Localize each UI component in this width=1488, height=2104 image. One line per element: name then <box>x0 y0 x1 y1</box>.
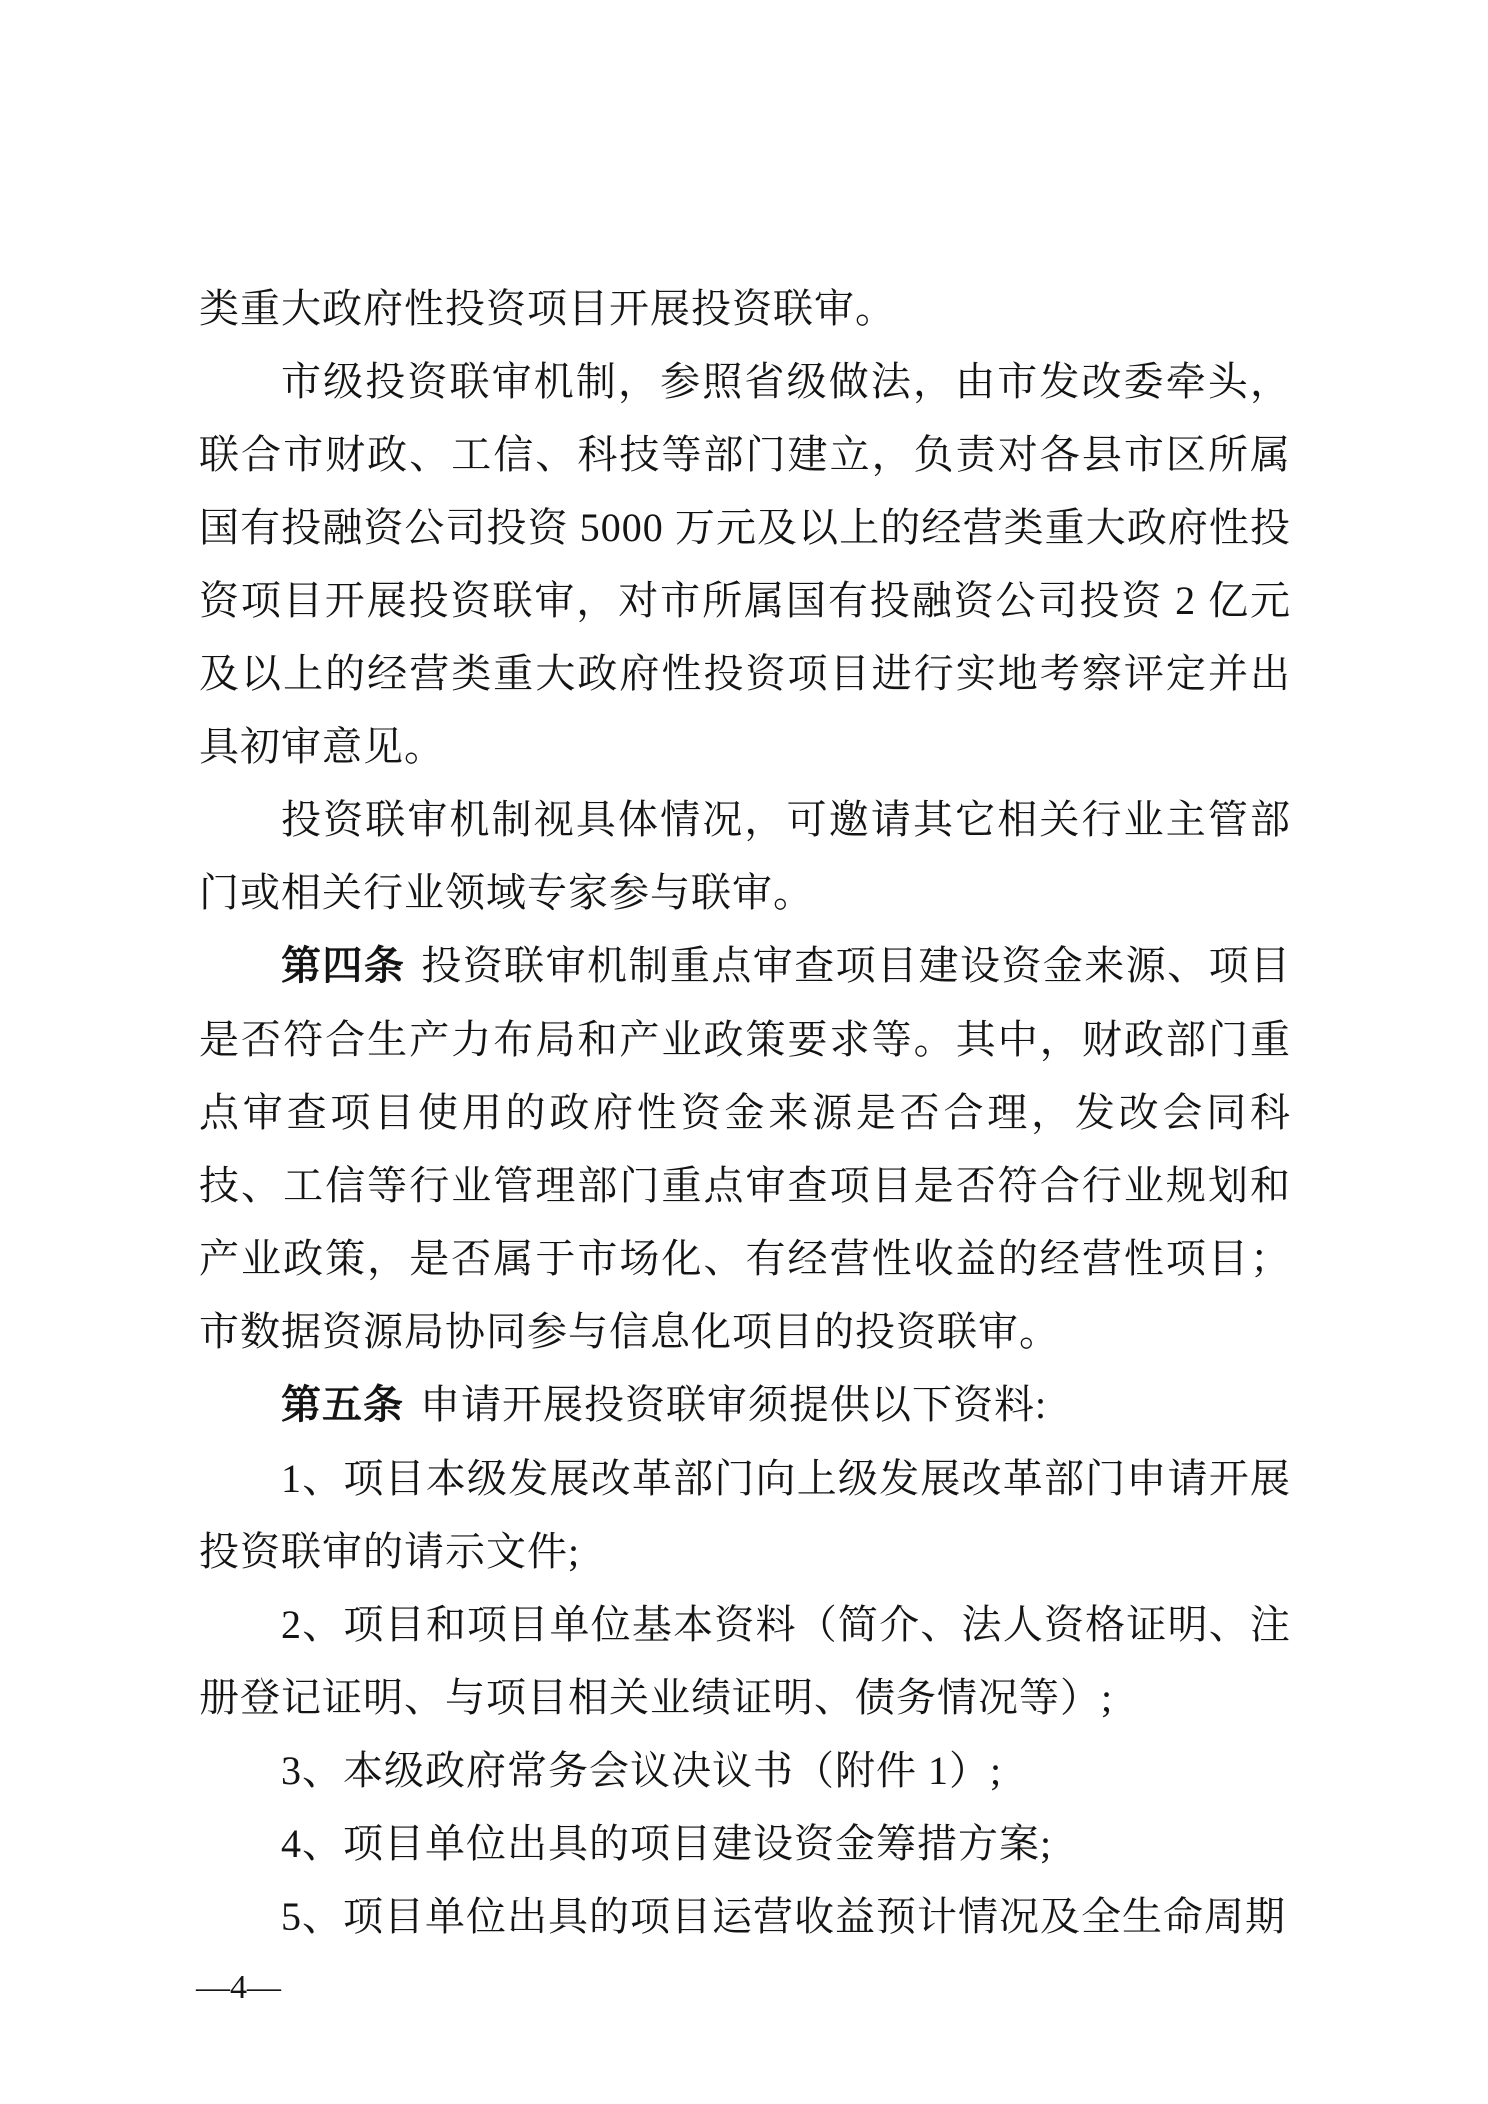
body-paragraph: 市级投资联审机制，参照省级做法，由市发改委牵头，联合市财政、工信、科技等部门建立… <box>199 345 1291 783</box>
paragraph-text: 1、项目本级发展改革部门向上级发展改革部门申请开展投资联审的请示文件; <box>199 1456 1291 1574</box>
body-paragraph: 投资联审机制视具体情况，可邀请其它相关行业主管部门或相关行业领域专家参与联审。 <box>199 783 1291 929</box>
body-paragraph-article-5: 第五条申请开展投资联审须提供以下资料: <box>199 1368 1291 1442</box>
article-number-bold: 第五条 <box>281 1383 404 1427</box>
paragraph-text: 5、项目单位出具的项目运营收益预计情况及全生命周期 <box>281 1894 1286 1939</box>
paragraph-text: 投资联审机制重点审查项目建设资金来源、项目是否符合生产力布局和产业政策要求等。其… <box>199 943 1291 1354</box>
paragraph-text: 4、项目单位出具的项目建设资金筹措方案; <box>281 1821 1052 1866</box>
body-paragraph-list-item-3: 3、本级政府常务会议决议书（附件 1）; <box>199 1734 1291 1807</box>
page-number: —4— <box>196 1968 281 2008</box>
paragraph-text: 市级投资联审机制，参照省级做法，由市发改委牵头，联合市财政、工信、科技等部门建立… <box>199 359 1291 769</box>
paragraph-text: 3、本级政府常务会议决议书（附件 1）; <box>281 1748 1002 1793</box>
body-paragraph-list-item-5: 5、项目单位出具的项目运营收益预计情况及全生命周期 <box>199 1880 1291 1953</box>
body-paragraph-list-item-2: 2、项目和项目单位基本资料（简介、法人资格证明、注册登记证明、与项目相关业绩证明… <box>199 1588 1291 1734</box>
document-body: 类重大政府性投资项目开展投资联审。 市级投资联审机制，参照省级做法，由市发改委牵… <box>199 272 1291 1953</box>
document-page: 类重大政府性投资项目开展投资联审。 市级投资联审机制，参照省级做法，由市发改委牵… <box>0 0 1488 2104</box>
body-paragraph-list-item-4: 4、项目单位出具的项目建设资金筹措方案; <box>199 1807 1291 1880</box>
article-number-bold: 第四条 <box>281 944 405 988</box>
paragraph-text: 2、项目和项目单位基本资料（简介、法人资格证明、注册登记证明、与项目相关业绩证明… <box>199 1602 1291 1720</box>
paragraph-text: 类重大政府性投资项目开展投资联审。 <box>199 286 896 331</box>
paragraph-text: 投资联审机制视具体情况，可邀请其它相关行业主管部门或相关行业领域专家参与联审。 <box>199 797 1291 915</box>
body-paragraph-article-4: 第四条投资联审机制重点审查项目建设资金来源、项目是否符合生产力布局和产业政策要求… <box>199 929 1291 1368</box>
body-paragraph-continuation: 类重大政府性投资项目开展投资联审。 <box>199 272 1291 345</box>
paragraph-text: 申请开展投资联审须提供以下资料: <box>420 1382 1047 1427</box>
body-paragraph-list-item-1: 1、项目本级发展改革部门向上级发展改革部门申请开展投资联审的请示文件; <box>199 1442 1291 1588</box>
